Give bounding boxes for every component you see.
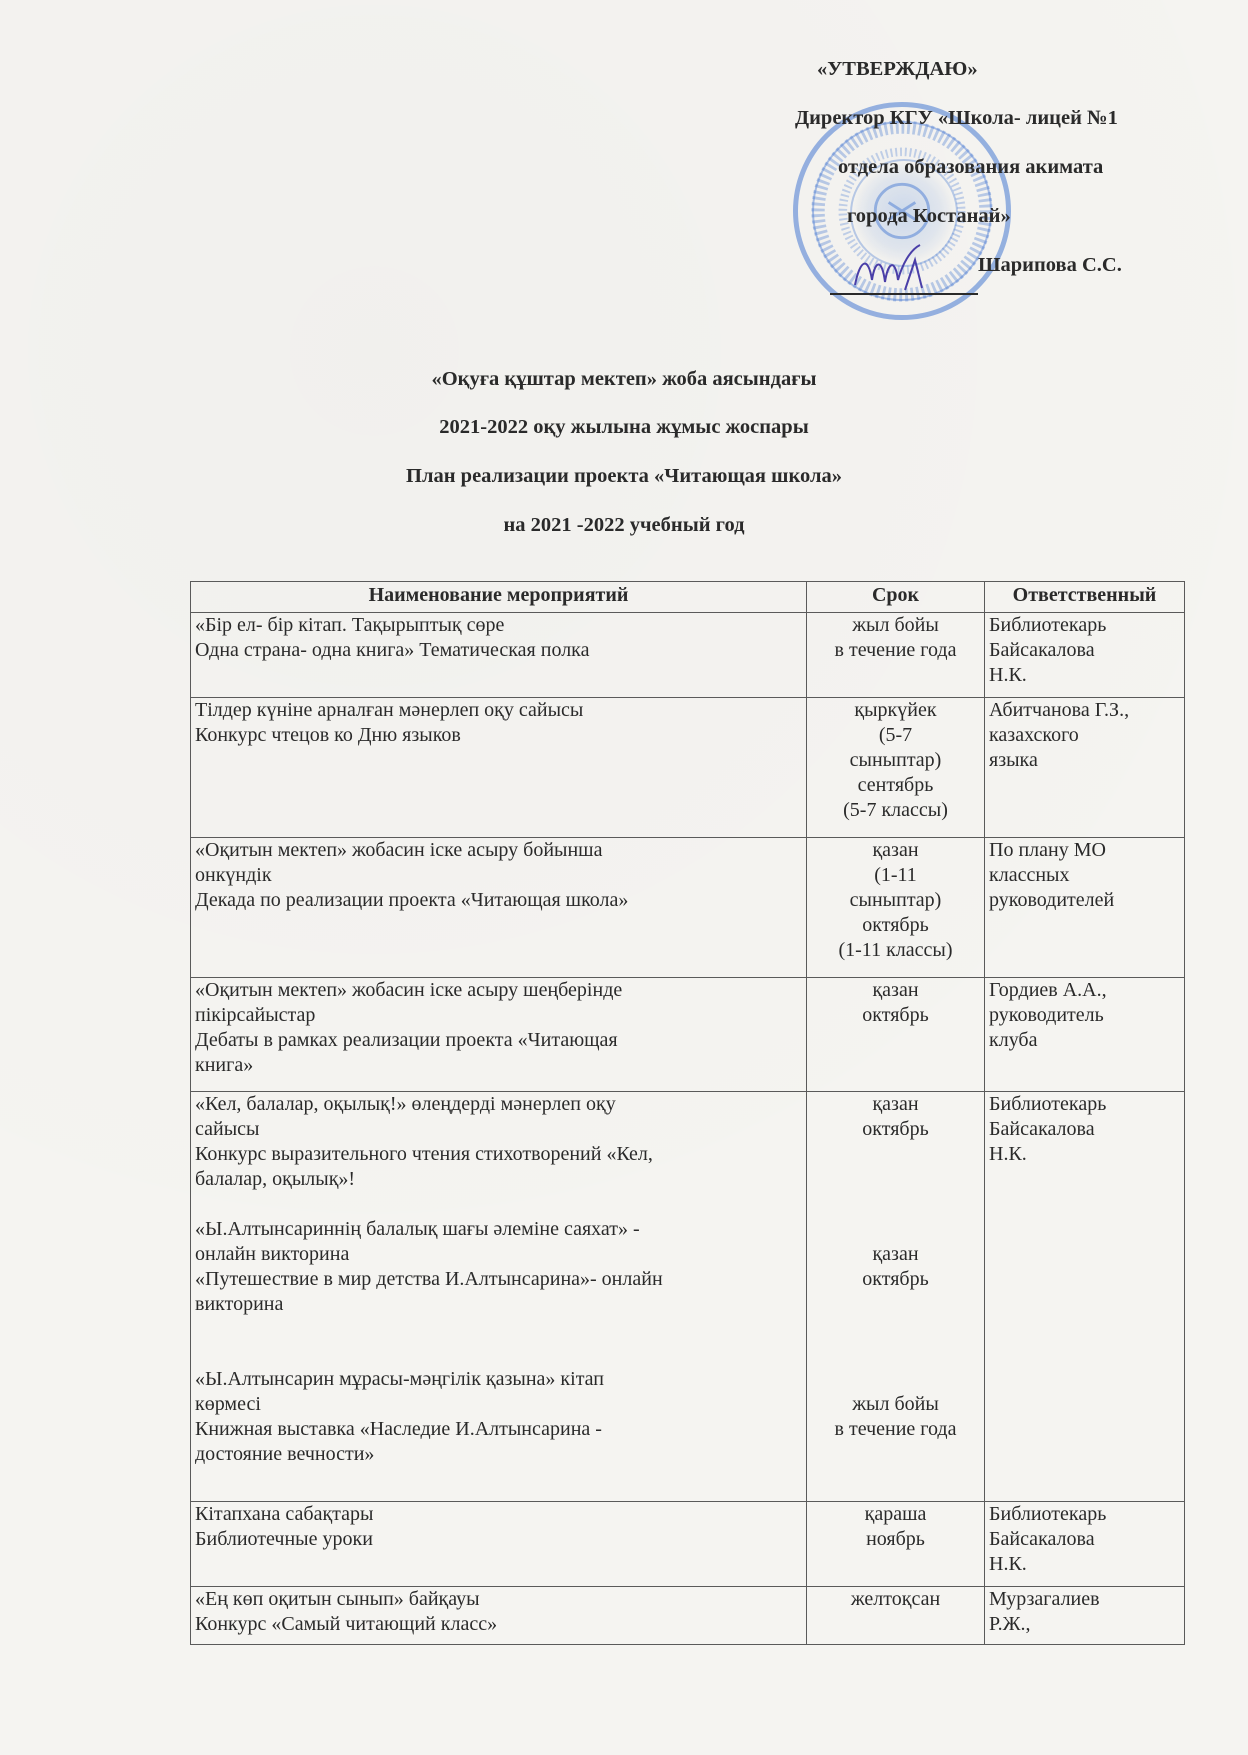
activity-cell: «Кел, балалар, оқылық!» өлеңдерді мәнерл… xyxy=(191,1092,807,1502)
table-row: «Оқитын мектеп» жобасин іске асыру шеңбе… xyxy=(191,978,1185,1092)
responsible-cell: Мурзагалиев Р.Ж., xyxy=(985,1587,1185,1645)
signature-icon xyxy=(850,240,940,295)
term-cell: қараша ноябрь xyxy=(807,1502,985,1587)
title-line-russian-year: на 2021 -2022 учебный год xyxy=(0,514,1248,537)
approval-heading: «УТВЕРЖДАЮ» xyxy=(817,58,978,81)
table-row: «Кел, балалар, оқылық!» өлеңдерді мәнерл… xyxy=(191,1092,1185,1502)
term-cell: қазан октябрь қазан октябрь жыл бойы в т… xyxy=(807,1092,985,1502)
responsible-cell: Библиотекарь Байсакалова Н.К. xyxy=(985,1092,1185,1502)
table-row: Кітапхана сабақтары Библиотечные уроки қ… xyxy=(191,1502,1185,1587)
table-row: «Оқитын мектеп» жобасин іске асыру бойын… xyxy=(191,838,1185,978)
table-row: «Бір ел- бір кітап. Тақырыптық сөре Одна… xyxy=(191,613,1185,698)
activity-cell: «Бір ел- бір кітап. Тақырыптық сөре Одна… xyxy=(191,613,807,698)
term-cell: қыркүйек (5-7 сыныптар) сентябрь (5-7 кл… xyxy=(807,698,985,838)
term-cell: жыл бойы в течение года xyxy=(807,613,985,698)
plan-table: Наименование мероприятий Срок Ответствен… xyxy=(190,581,1185,1645)
signature-line xyxy=(830,293,978,295)
activity-cell: Кітапхана сабақтары Библиотечные уроки xyxy=(191,1502,807,1587)
title-line-kazakh-year: 2021-2022 оқу жылына жұмыс жоспары xyxy=(0,416,1248,439)
approval-city-line: города Костанай» xyxy=(847,205,1011,228)
table-header-row: Наименование мероприятий Срок Ответствен… xyxy=(191,582,1185,613)
activity-cell: «Оқитын мектеп» жобасин іске асыру шеңбе… xyxy=(191,978,807,1092)
term-cell: қазан октябрь xyxy=(807,978,985,1092)
responsible-cell: Абитчанова Г.З., казахского языка xyxy=(985,698,1185,838)
approval-signatory: Шарипова С.С. xyxy=(978,254,1122,277)
responsible-cell: Библиотекарь Байсакалова Н.К. xyxy=(985,613,1185,698)
title-line-russian-plan: План реализации проекта «Читающая школа» xyxy=(0,465,1248,488)
activity-cell: «Оқитын мектеп» жобасин іске асыру бойын… xyxy=(191,838,807,978)
document-page: «УТВЕРЖДАЮ» Директор КГУ «Школа- лицей №… xyxy=(0,0,1248,1755)
responsible-cell: Гордиев А.А., руководитель клуба xyxy=(985,978,1185,1092)
approval-director-line: Директор КГУ «Школа- лицей №1 xyxy=(795,107,1118,130)
approval-department-line: отдела образования акимата xyxy=(838,156,1103,179)
responsible-cell: Библиотекарь Байсакалова Н.К. xyxy=(985,1502,1185,1587)
responsible-cell: По плану МО классных руководителей xyxy=(985,838,1185,978)
header-term: Срок xyxy=(807,582,985,613)
table-row: Тілдер күніне арналған мәнерлеп оқу сайы… xyxy=(191,698,1185,838)
title-line-kazakh-project: «Оқуға құштар мектеп» жоба аясындағы xyxy=(0,368,1248,391)
term-cell: қазан (1-11 сыныптар) октябрь (1-11 клас… xyxy=(807,838,985,978)
activity-cell: Тілдер күніне арналған мәнерлеп оқу сайы… xyxy=(191,698,807,838)
term-cell: желтоқсан xyxy=(807,1587,985,1645)
table-row: «Ең көп оқитын сынып» байқауы Конкурс «С… xyxy=(191,1587,1185,1645)
activity-cell: «Ең көп оқитын сынып» байқауы Конкурс «С… xyxy=(191,1587,807,1645)
header-activity: Наименование мероприятий xyxy=(191,582,807,613)
header-responsible: Ответственный xyxy=(985,582,1185,613)
